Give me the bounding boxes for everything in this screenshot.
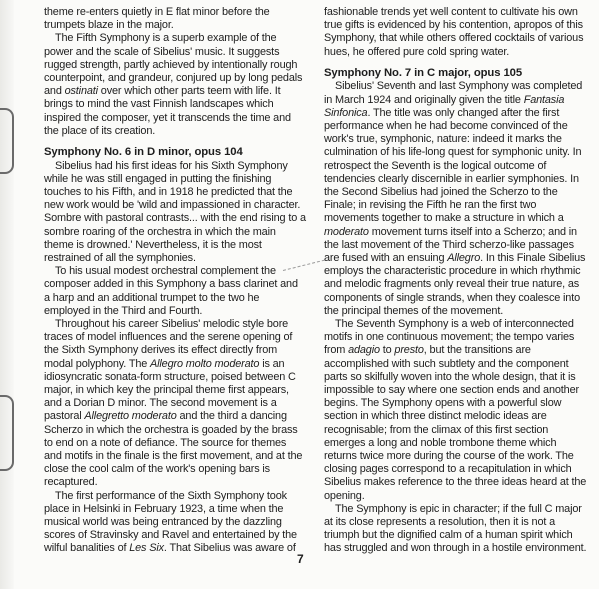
paragraph: Sibelius had his first ideas for his Six… (44, 160, 306, 266)
page-number: 7 (297, 552, 304, 566)
right-column: fashionable trends yet well content to c… (324, 6, 592, 556)
paragraph: To his usual modest orchestral complemen… (44, 265, 306, 318)
paragraph: The Fifth Symphony is a superb example o… (44, 32, 306, 138)
paragraph: Throughout his career Sibelius' melodic … (44, 318, 306, 490)
section-heading-symphony-7: Symphony No. 7 in C major, opus 105 (324, 67, 592, 81)
paragraph: Sibelius' Seventh and last Symphony was … (324, 80, 592, 318)
binding-edge (0, 0, 14, 589)
paragraph: The Seventh Symphony is a web of interco… (324, 318, 592, 503)
section-heading-symphony-6: Symphony No. 6 in D minor, opus 104 (44, 146, 306, 160)
paragraph: theme re-enters quietly in E flat minor … (44, 6, 306, 32)
paragraph: The Symphony is epic in character; if th… (324, 503, 592, 556)
left-column: theme re-enters quietly in E flat minor … (44, 6, 306, 556)
binder-ring-bottom (0, 395, 14, 471)
paragraph: fashionable trends yet well content to c… (324, 6, 592, 59)
paragraph: The first performance of the Sixth Symph… (44, 490, 306, 556)
binder-ring-top (0, 108, 14, 174)
